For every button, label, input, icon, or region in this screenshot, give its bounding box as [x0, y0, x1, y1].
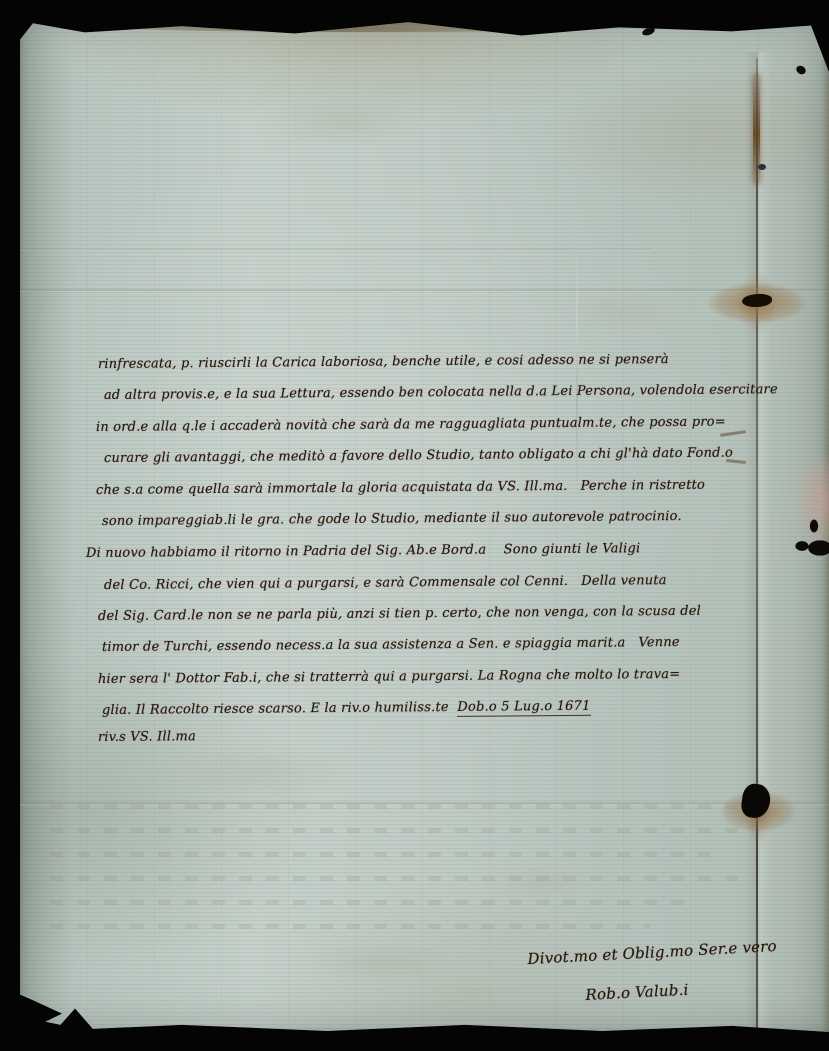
handwritten-line: ad altra provis.e, e la sua Lettura, ess…	[104, 382, 778, 403]
ink-bleed-mark	[720, 430, 746, 437]
bleed-through-row	[50, 828, 750, 833]
handwritten-line: in ord.e alla q.le i accaderà novità che…	[96, 415, 726, 435]
handwritten-line: rinfrescata, p. riuscirli la Carica labo…	[98, 352, 669, 372]
handwritten-line: curare gli avantaggi, che meditò a favor…	[104, 446, 733, 466]
ink-blot-right-edge	[786, 512, 829, 564]
bleed-through-row	[50, 804, 750, 809]
handwritten-line: del Sig. Card.le non se ne parla più, an…	[98, 604, 701, 624]
bleed-through-row	[50, 852, 710, 857]
bleed-through-row	[50, 924, 650, 929]
crease-vertical	[576, 242, 578, 502]
fold-shading	[744, 52, 772, 1033]
valediction-line: riv.s VS. Ill.ma	[98, 729, 196, 745]
handwritten-line: sono impareggiab.li le gra. che gode lo …	[102, 509, 682, 529]
handwritten-line: che s.a come quella sarà immortale la gl…	[96, 478, 705, 498]
handwritten-line: hier sera l' Dottor Fab.i, che si tratte…	[98, 667, 680, 687]
handwritten-closing-line: glia. Il Raccolto riesce scarso. E la ri…	[102, 699, 591, 718]
handwritten-line: Di nuovo habbiamo il ritorno in Padria d…	[86, 541, 641, 561]
crease-faint	[20, 248, 651, 251]
paper-sheet: rinfrescata, p. riuscirli la Carica labo…	[20, 12, 829, 1033]
closing-text: glia. Il Raccolto riesce scarso. E la ri…	[102, 700, 458, 718]
top-edge-tear-stain	[69, 18, 668, 32]
signature-courtesy-line: Divot.mo et Oblig.mo Ser.e vero	[527, 937, 777, 968]
ink-speck-top	[641, 26, 656, 37]
bleed-through-row	[50, 900, 690, 905]
ink-speck-blue	[758, 164, 766, 170]
handwritten-line: del Co. Ricci, che vien qui a purgarsi, …	[104, 573, 667, 593]
fold-line	[756, 58, 758, 1033]
bleed-through-row	[50, 876, 740, 881]
handwritten-line: timor de Turchi, essendo necess.a la sua…	[102, 635, 680, 655]
manuscript-photo: rinfrescata, p. riuscirli la Carica labo…	[0, 0, 829, 1051]
date-underlined: Dob.o 5 Lug.o 1671	[457, 699, 590, 717]
signature-name: Rob.o Valub.i	[585, 981, 689, 1004]
ink-speck-top-right	[795, 64, 808, 76]
